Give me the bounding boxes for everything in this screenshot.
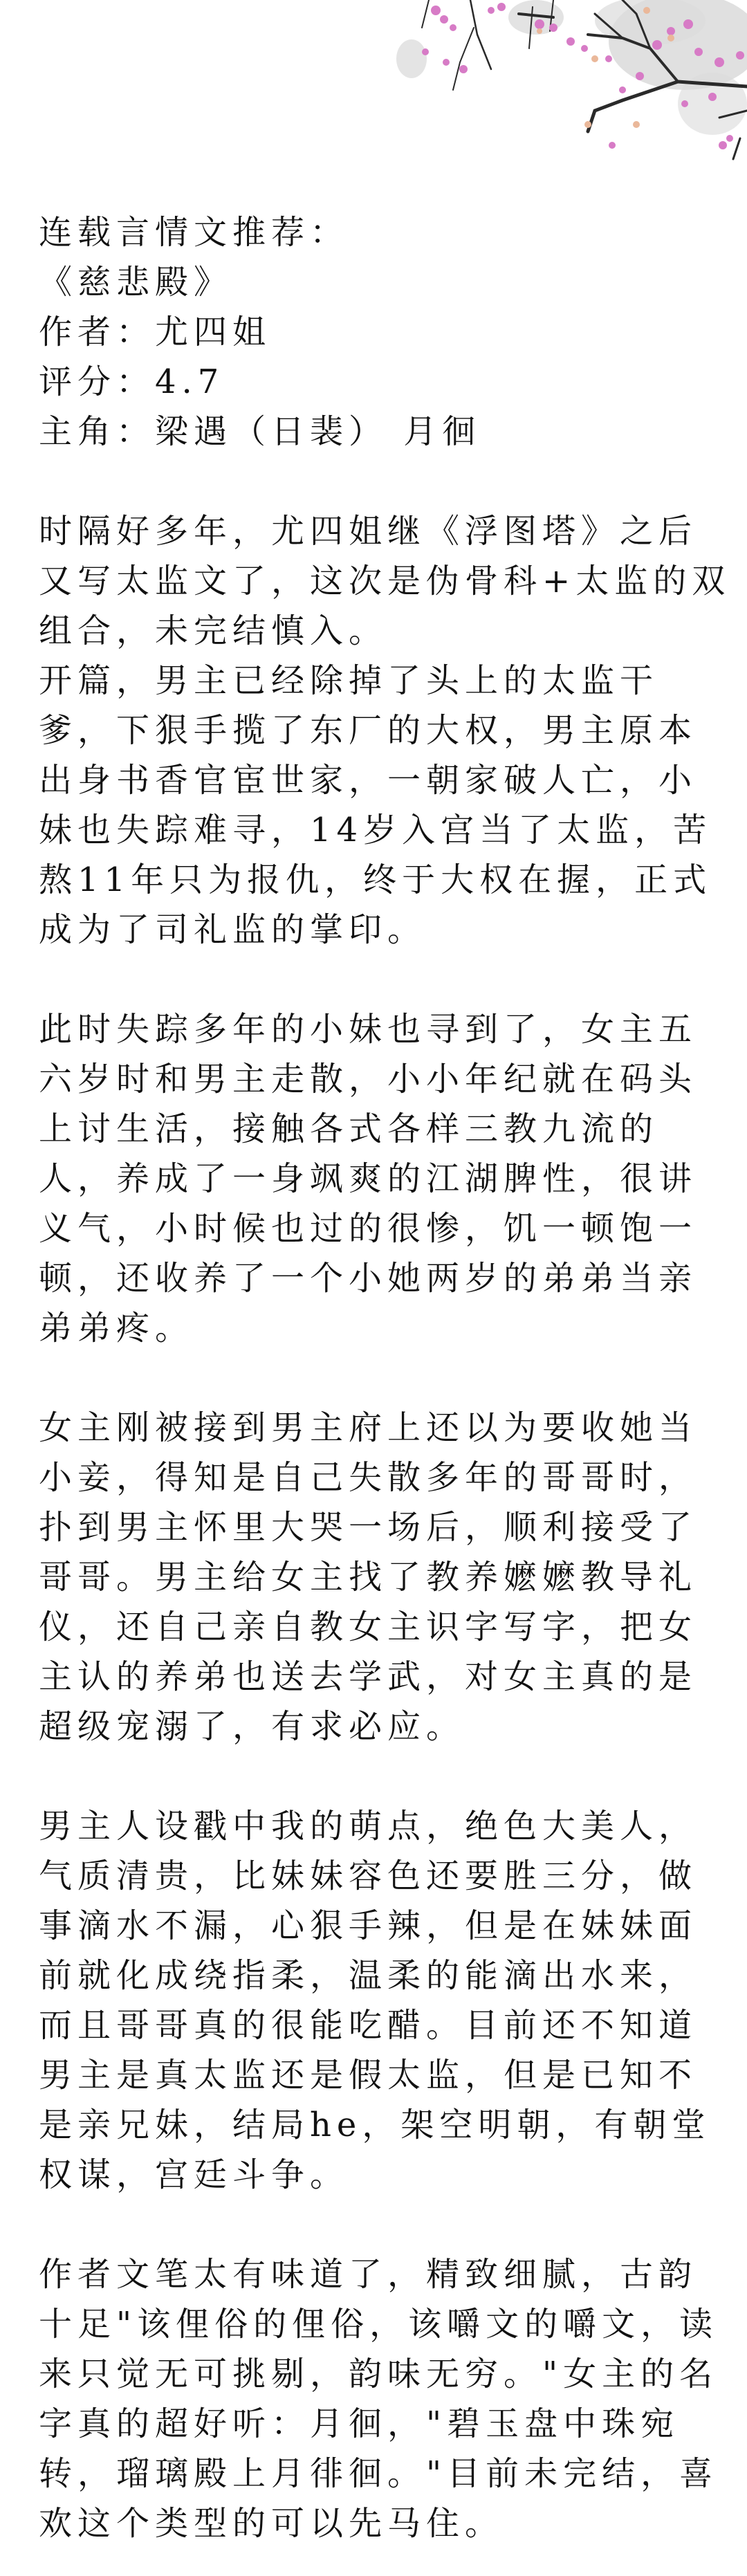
article-body: 连载言情文推荐： 《慈悲殿》 作者：尤四姐 评分：4.7 主角：梁遇（日裴） 月… [39, 208, 703, 2548]
paragraph-line: 前就化成绕指柔，温柔的能滴出水来， [39, 1951, 703, 2000]
plum-blossom-decoration [263, 0, 747, 166]
paragraph-line: 熬11年只为报仇，终于大权在握，正式 [39, 855, 703, 905]
paragraph-line: 作者文笔太有味道了，精致细腻，古韵 [39, 2250, 703, 2299]
paragraph-line: 弟弟疼。 [39, 1303, 703, 1353]
paragraph-line: 字真的超好听：月徊，"碧玉盘中珠宛 [39, 2399, 703, 2449]
paragraph-gap [39, 1751, 703, 1801]
paragraph-line: 权谋，宫廷斗争。 [39, 2150, 703, 2200]
paragraph-line: 超级宠溺了，有求必应。 [39, 1702, 703, 1751]
paragraph-line: 是亲兄妹，结局he，架空明朝，有朝堂 [39, 2100, 703, 2150]
paragraph-line: 组合，未完结慎入。 [39, 606, 703, 656]
paragraph-line: 出身书香官宦世家，一朝家破人亡，小 [39, 755, 703, 805]
paragraph-gap [39, 1353, 703, 1403]
paragraph-line: 此时失踪多年的小妹也寻到了，女主五 [39, 1004, 703, 1054]
paragraph-line: 成为了司礼监的掌印。 [39, 905, 703, 955]
paragraph-line: 欢这个类型的可以先马住。 [39, 2499, 703, 2548]
paragraph-line: 又写太监文了，这次是伪骨科+太监的双 [39, 556, 703, 606]
paragraph-line: 义气，小时候也过的很惨，饥一顿饱一 [39, 1204, 703, 1253]
paragraph-line: 男主是真太监还是假太监，但是已知不 [39, 2050, 703, 2100]
paragraph-line: 事滴水不漏，心狠手辣，但是在妹妹面 [39, 1901, 703, 1951]
paragraph-2: 此时失踪多年的小妹也寻到了，女主五 六岁时和男主走散，小小年纪就在码头 上讨生活… [39, 1004, 703, 1353]
paragraph-4: 男主人设戳中我的萌点，绝色大美人， 气质清贵，比妹妹容色还要胜三分，做 事滴水不… [39, 1801, 703, 2200]
intro-heading: 连载言情文推荐： [39, 208, 703, 257]
paragraph-gap [39, 2200, 703, 2250]
paragraph-line: 人，养成了一身飒爽的江湖脾性，很讲 [39, 1154, 703, 1204]
paragraph-line: 主认的养弟也送去学武，对女主真的是 [39, 1652, 703, 1702]
paragraph-1: 时隔好多年，尤四姐继《浮图塔》之后 又写太监文了，这次是伪骨科+太监的双 组合，… [39, 506, 703, 955]
leads-line: 主角：梁遇（日裴） 月徊 [39, 407, 703, 457]
paragraph-line: 扑到男主怀里大哭一场后，顺利接受了 [39, 1502, 703, 1552]
paragraph-line: 转，瑠璃殿上月徘徊。"目前未完结，喜 [39, 2449, 703, 2499]
paragraph-line: 时隔好多年，尤四姐继《浮图塔》之后 [39, 506, 703, 556]
paragraph-line: 仪，还自己亲自教女主识字写字，把女 [39, 1602, 703, 1652]
plum-blossom-branch-icon [263, 0, 747, 166]
rating-line: 评分：4.7 [39, 357, 703, 407]
paragraph-gap [39, 955, 703, 1004]
book-title: 《慈悲殿》 [39, 257, 703, 307]
paragraph-line: 六岁时和男主走散，小小年纪就在码头 [39, 1054, 703, 1104]
paragraph-line: 女主刚被接到男主府上还以为要收她当 [39, 1403, 703, 1453]
paragraph-line: 顿，还收养了一个小她两岁的弟弟当亲 [39, 1253, 703, 1303]
paragraph-line: 哥哥。男主给女主找了教养嬷嬷教导礼 [39, 1552, 703, 1602]
paragraph-line: 开篇，男主已经除掉了头上的太监干 [39, 656, 703, 706]
paragraph-line: 上讨生活，接触各式各样三教九流的 [39, 1104, 703, 1154]
paragraph-line: 妹也失踪难寻，14岁入宫当了太监，苦 [39, 805, 703, 855]
paragraph-line: 而且哥哥真的很能吃醋。目前还不知道 [39, 2000, 703, 2050]
spacer [39, 457, 703, 506]
paragraph-3: 女主刚被接到男主府上还以为要收她当 小妾，得知是自己失散多年的哥哥时， 扑到男主… [39, 1403, 703, 1751]
paragraph-line: 小妾，得知是自己失散多年的哥哥时， [39, 1453, 703, 1502]
paragraph-5: 作者文笔太有味道了，精致细腻，古韵 十足"该俚俗的俚俗，该嚼文的嚼文，读 来只觉… [39, 2250, 703, 2548]
paragraph-line: 男主人设戳中我的萌点，绝色大美人， [39, 1801, 703, 1851]
paragraph-line: 十足"该俚俗的俚俗，该嚼文的嚼文，读 [39, 2299, 703, 2349]
author-line: 作者：尤四姐 [39, 307, 703, 357]
paragraph-line: 气质清贵，比妹妹容色还要胜三分，做 [39, 1851, 703, 1901]
paragraph-line: 爹，下狠手揽了东厂的大权，男主原本 [39, 706, 703, 755]
paragraph-line: 来只觉无可挑剔，韵味无穷。"女主的名 [39, 2349, 703, 2399]
